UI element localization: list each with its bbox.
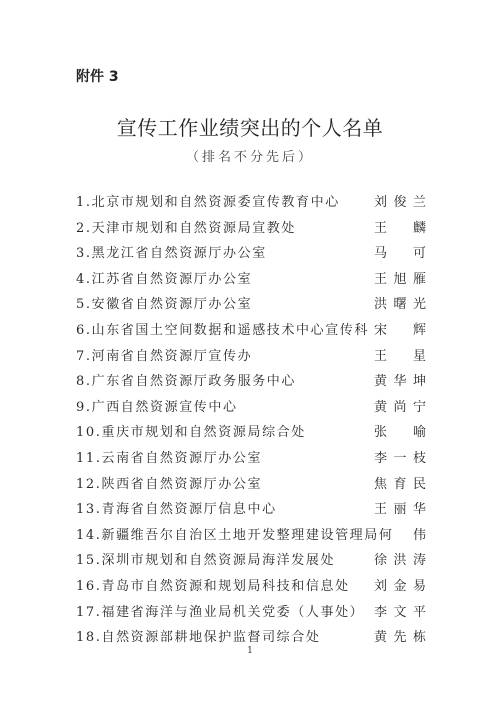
list-item: 4.江苏省自然资源厅办公室王旭雁 [76,267,426,293]
item-org: 福建省海洋与渔业局机关党委（人事处） [101,605,364,620]
item-name: 李一枝 [374,446,426,472]
item-org: 广东省自然资源厅政务服务中心 [92,374,296,389]
item-name: 王 麟 [374,216,426,242]
item-index: 17. [76,605,101,620]
item-name: 洪曙光 [374,292,426,318]
item-index: 8. [76,374,92,389]
item-index: 10. [76,425,101,440]
item-org: 河南省自然资源厅宣传办 [92,349,253,364]
item-name: 刘金易 [374,574,426,600]
item-index: 3. [76,246,92,261]
document-title: 宣传工作业绩突出的个人名单 [0,112,500,141]
list-item: 3.黑龙江省自然资源厅办公室马 可 [76,241,426,267]
item-name: 黄尚宁 [374,395,426,421]
item-index: 16. [76,579,101,594]
list-item: 1.北京市规划和自然资源委宣传教育中心刘俊兰 [76,190,426,216]
item-name: 黄华坤 [374,369,426,395]
item-org: 山东省国土空间数据和遥感技术中心宣传科 [92,323,369,338]
item-org: 陕西省自然资源厅办公室 [101,477,262,492]
item-name: 宋 辉 [374,318,426,344]
list-item: 14.新疆维吾尔自治区土地开发整理建设管理局何 伟 [76,523,426,549]
list-item: 15.深圳市规划和自然资源局海洋发展处徐洪涛 [76,548,426,574]
attachment-label: 附件 3 [76,66,119,86]
item-index: 1. [76,195,92,210]
item-org: 深圳市规划和自然资源局海洋发展处 [101,553,335,568]
item-org: 新疆维吾尔自治区土地开发整理建设管理局 [101,528,378,543]
item-org: 江苏省自然资源厅办公室 [92,272,253,287]
item-name: 李文平 [374,600,426,626]
item-index: 11. [76,451,101,466]
list-item: 17.福建省海洋与渔业局机关党委（人事处）李文平 [76,600,426,626]
item-name: 王旭雁 [374,267,426,293]
document-subtitle: （排名不分先后） [0,146,500,165]
item-index: 4. [76,272,92,287]
list-item: 9.广西自然资源宣传中心黄尚宁 [76,395,426,421]
list-item: 5.安徽省自然资源厅办公室洪曙光 [76,292,426,318]
list-item: 8.广东省自然资源厅政务服务中心黄华坤 [76,369,426,395]
list-item: 6.山东省国土空间数据和遥感技术中心宣传科宋 辉 [76,318,426,344]
item-org: 自然资源部耕地保护监督司综合处 [101,630,320,645]
item-index: 6. [76,323,92,338]
item-name: 焦育民 [374,472,426,498]
item-name: 徐洪涛 [374,548,426,574]
item-index: 9. [76,400,92,415]
item-org: 北京市规划和自然资源委宣传教育中心 [92,195,340,210]
list-item: 10.重庆市规划和自然资源局综合处张 喻 [76,420,426,446]
item-org: 重庆市规划和自然资源局综合处 [101,425,305,440]
item-index: 12. [76,477,101,492]
list-item: 16.青岛市自然资源和规划局科技和信息处刘金易 [76,574,426,600]
item-index: 2. [76,221,92,236]
list-item: 7.河南省自然资源厅宣传办王 星 [76,344,426,370]
list-item: 11.云南省自然资源厅办公室李一枝 [76,446,426,472]
item-name: 王 星 [374,344,426,370]
item-org: 安徽省自然资源厅办公室 [92,297,253,312]
item-index: 18. [76,630,101,645]
item-index: 13. [76,502,101,517]
item-name: 张 喻 [374,420,426,446]
list-item: 2.天津市规划和自然资源局宣教处王 麟 [76,216,426,242]
item-org: 青海省自然资源厅信息中心 [101,502,276,517]
list-item: 13.青海省自然资源厅信息中心王丽华 [76,497,426,523]
honoree-list: 1.北京市规划和自然资源委宣传教育中心刘俊兰 2.天津市规划和自然资源局宣教处王… [76,190,426,651]
item-name: 何 伟 [379,523,426,549]
item-index: 5. [76,297,92,312]
list-item: 12.陕西省自然资源厅办公室焦育民 [76,472,426,498]
item-org: 云南省自然资源厅办公室 [101,451,262,466]
item-index: 15. [76,553,101,568]
item-org: 广西自然资源宣传中心 [92,400,238,415]
item-index: 14. [76,528,101,543]
item-org: 天津市规划和自然资源局宣教处 [92,221,296,236]
item-name: 王丽华 [374,497,426,523]
item-name: 刘俊兰 [374,190,426,216]
item-org: 黑龙江省自然资源厅办公室 [92,246,267,261]
item-name: 马 可 [374,241,426,267]
item-org: 青岛市自然资源和规划局科技和信息处 [101,579,349,594]
item-index: 7. [76,349,92,364]
page-number: 1 [0,646,500,656]
